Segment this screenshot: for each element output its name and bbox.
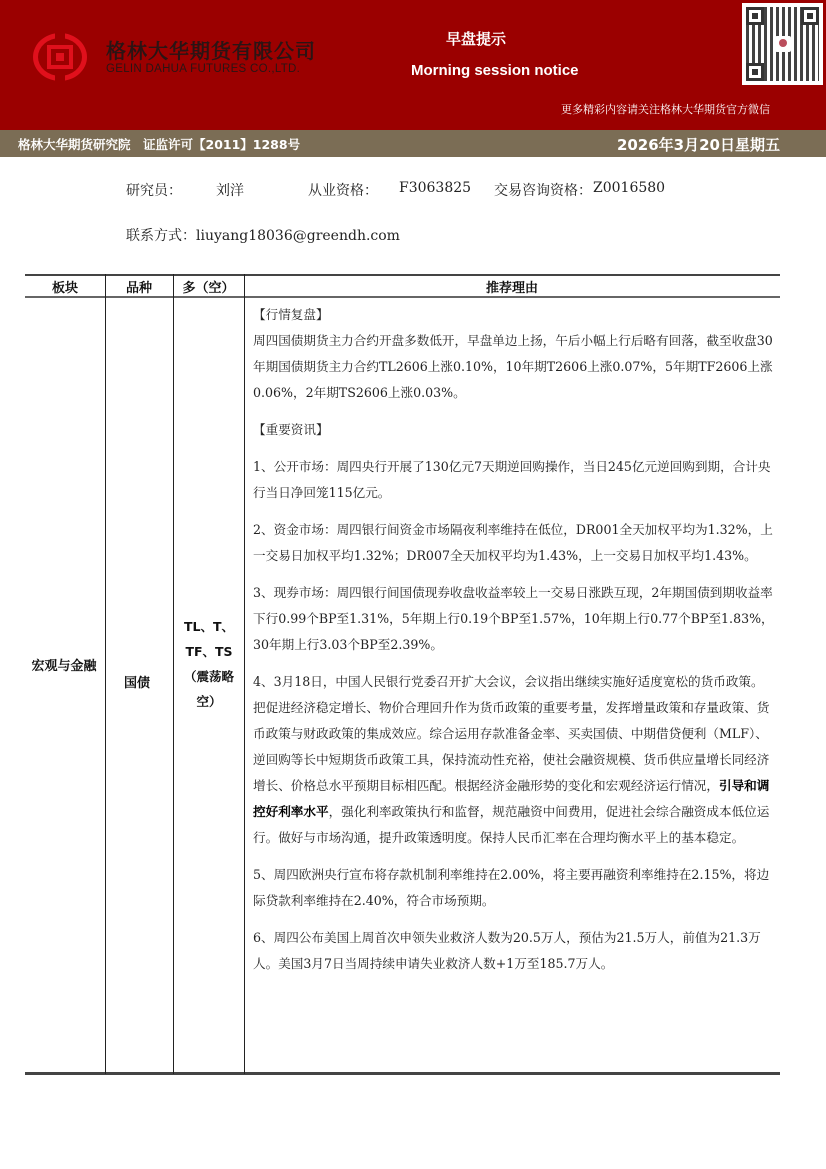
- column-divider: [105, 274, 106, 1074]
- header-banner: 格林大华期货有限公司 GELIN DAHUA FUTURES CO.,LTD. …: [0, 0, 826, 130]
- report-title-en: Morning session notice: [411, 62, 579, 79]
- contact-email[interactable]: liuyang18036@greendh.com: [196, 228, 400, 244]
- researcher-name: 刘洋: [216, 180, 244, 200]
- direction-view: （震荡略空）: [175, 664, 243, 714]
- researcher-label: 研究员：: [126, 180, 182, 200]
- news-item-4: 4、3月18日，中国人民银行党委召开扩大会议，会议指出继续实施好适度宽松的货币政…: [253, 669, 775, 851]
- qualification-label: 从业资格：: [308, 180, 378, 200]
- wechat-qr-code-icon: [742, 3, 823, 85]
- header-direction: 多（空）: [173, 277, 244, 296]
- news-item-3: 3、现券市场：周四银行间国债现券收盘收益率较上一交易日涨跌互现，2年期国债到期收…: [253, 580, 775, 658]
- contact-label: 联系方式：: [126, 228, 196, 244]
- direction-contracts: TL、T、TF、TS: [175, 614, 243, 664]
- news-item-1: 1、公开市场：周四央行开展了130亿元7天期逆回购操作，当日245亿元逆回购到期…: [253, 454, 775, 506]
- cell-direction: TL、T、TF、TS （震荡略空）: [175, 614, 243, 714]
- consult-qualification-number: Z0016580: [593, 180, 665, 196]
- table-header-border: [25, 296, 780, 298]
- news-item-6: 6、周四公布美国上周首次申领失业救济人数为20.5万人，预估为21.5万人，前值…: [253, 925, 775, 977]
- follow-wechat-note: 更多精彩内容请关注格林大华期货官方微信: [561, 101, 770, 117]
- cell-sector: 宏观与金融: [31, 654, 97, 680]
- column-divider: [244, 274, 245, 1074]
- review-title: 【行情复盘】: [253, 302, 775, 328]
- company-name-en: GELIN DAHUA FUTURES CO.,LTD.: [106, 63, 300, 75]
- news-title: 【重要资讯】: [253, 417, 775, 443]
- review-text: 周四国债期货主力合约开盘多数低开，早盘单边上扬，午后小幅上行后略有回落，截至收盘…: [253, 328, 775, 406]
- institute-license: 格林大华期货研究院 证监许可【2011】1288号: [18, 135, 300, 153]
- recommendation-table: 板块 品种 多（空） 推荐理由 宏观与金融 国债 TL、T、TF、TS （震荡略…: [25, 274, 780, 1075]
- cell-reason: 【行情复盘】 周四国债期货主力合约开盘多数低开，早盘单边上扬，午后小幅上行后略有…: [253, 302, 775, 977]
- table-top-border: [25, 274, 780, 276]
- header-reason: 推荐理由: [244, 277, 780, 296]
- news-item-5: 5、周四欧洲央行宣布将存款机制利率维持在2.00%，将主要再融资利率维持在2.1…: [253, 862, 775, 914]
- qualification-number: F3063825: [399, 180, 471, 196]
- table-bottom-border: [25, 1072, 780, 1075]
- report-title-cn: 早盘提示: [446, 28, 506, 49]
- contact-info: 联系方式：liuyang18036@greendh.com: [126, 225, 400, 245]
- cell-variety: 国债: [115, 672, 159, 691]
- header-sector: 板块: [25, 277, 105, 296]
- info-bar: 格林大华期货研究院 证监许可【2011】1288号 2026年3月20日星期五: [0, 130, 826, 157]
- gelin-dahua-logo-icon: [33, 33, 87, 81]
- column-divider: [173, 274, 174, 1074]
- news-item-2: 2、资金市场：周四银行间资金市场隔夜利率维持在低位，DR001全天加权平均为1.…: [253, 517, 775, 569]
- company-name-cn: 格林大华期货有限公司: [106, 35, 316, 64]
- consult-qualification-label: 交易咨询资格：: [494, 180, 592, 200]
- report-date: 2026年3月20日星期五: [617, 134, 780, 155]
- header-variety: 品种: [105, 277, 173, 296]
